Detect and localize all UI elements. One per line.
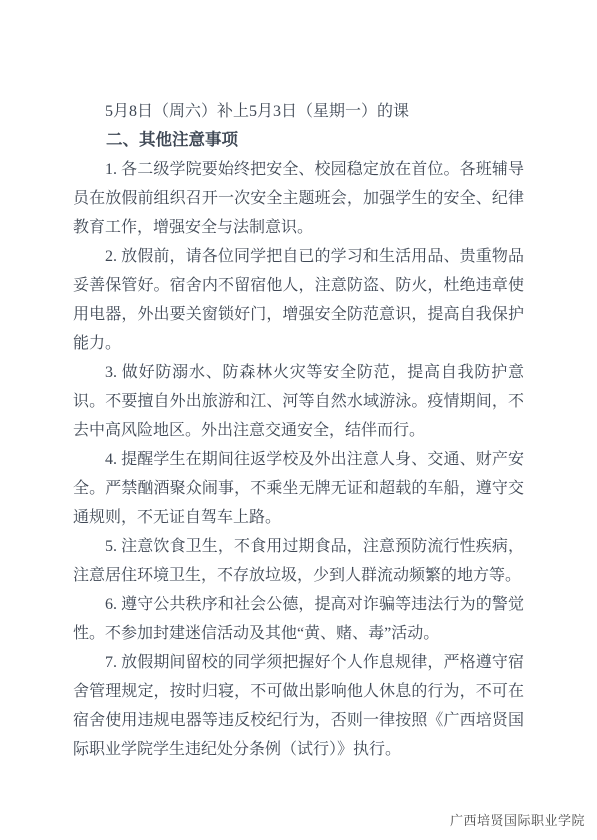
notice-paragraph-2: 2. 放假前，请各位同学把自已的学习和生活用品、贵重物品妥善保管好。宿舍内不留宿… bbox=[73, 242, 524, 358]
document-body: 5月8日（周六）补上5月3日（星期一）的课 二、其他注意事项 1. 各二级学院要… bbox=[73, 97, 524, 764]
document-page: 5月8日（周六）补上5月3日（星期一）的课 二、其他注意事项 1. 各二级学院要… bbox=[0, 0, 597, 840]
notice-paragraph-7: 7. 放假期间留校的同学须把握好个人作息规律，严格遵守宿舍管理规定，按时归寝，不… bbox=[73, 648, 524, 764]
school-name-footer: 广西培贤国际职业学院 bbox=[450, 810, 585, 829]
notice-paragraph-5: 5. 注意饮食卫生，不食用过期食品，注意预防流行性疾病，注意居住环境卫生，不存放… bbox=[73, 532, 524, 590]
makeup-class-line: 5月8日（周六）补上5月3日（星期一）的课 bbox=[73, 97, 524, 126]
section-heading: 二、其他注意事项 bbox=[73, 126, 524, 155]
notice-paragraph-6: 6. 遵守公共秩序和社会公德，提高对诈骗等违法行为的警觉性。不参加封建迷信活动及… bbox=[73, 590, 524, 648]
notice-paragraph-1: 1. 各二级学院要始终把安全、校园稳定放在首位。各班辅导员在放假前组织召开一次安… bbox=[73, 155, 524, 242]
notice-paragraph-3: 3. 做好防溺水、防森林火灾等安全防范，提高自我防护意识。不要擅自外出旅游和江、… bbox=[73, 358, 524, 445]
notice-paragraph-4: 4. 提醒学生在期间往返学校及外出注意人身、交通、财产安全。严禁酗酒聚众闹事，不… bbox=[73, 445, 524, 532]
